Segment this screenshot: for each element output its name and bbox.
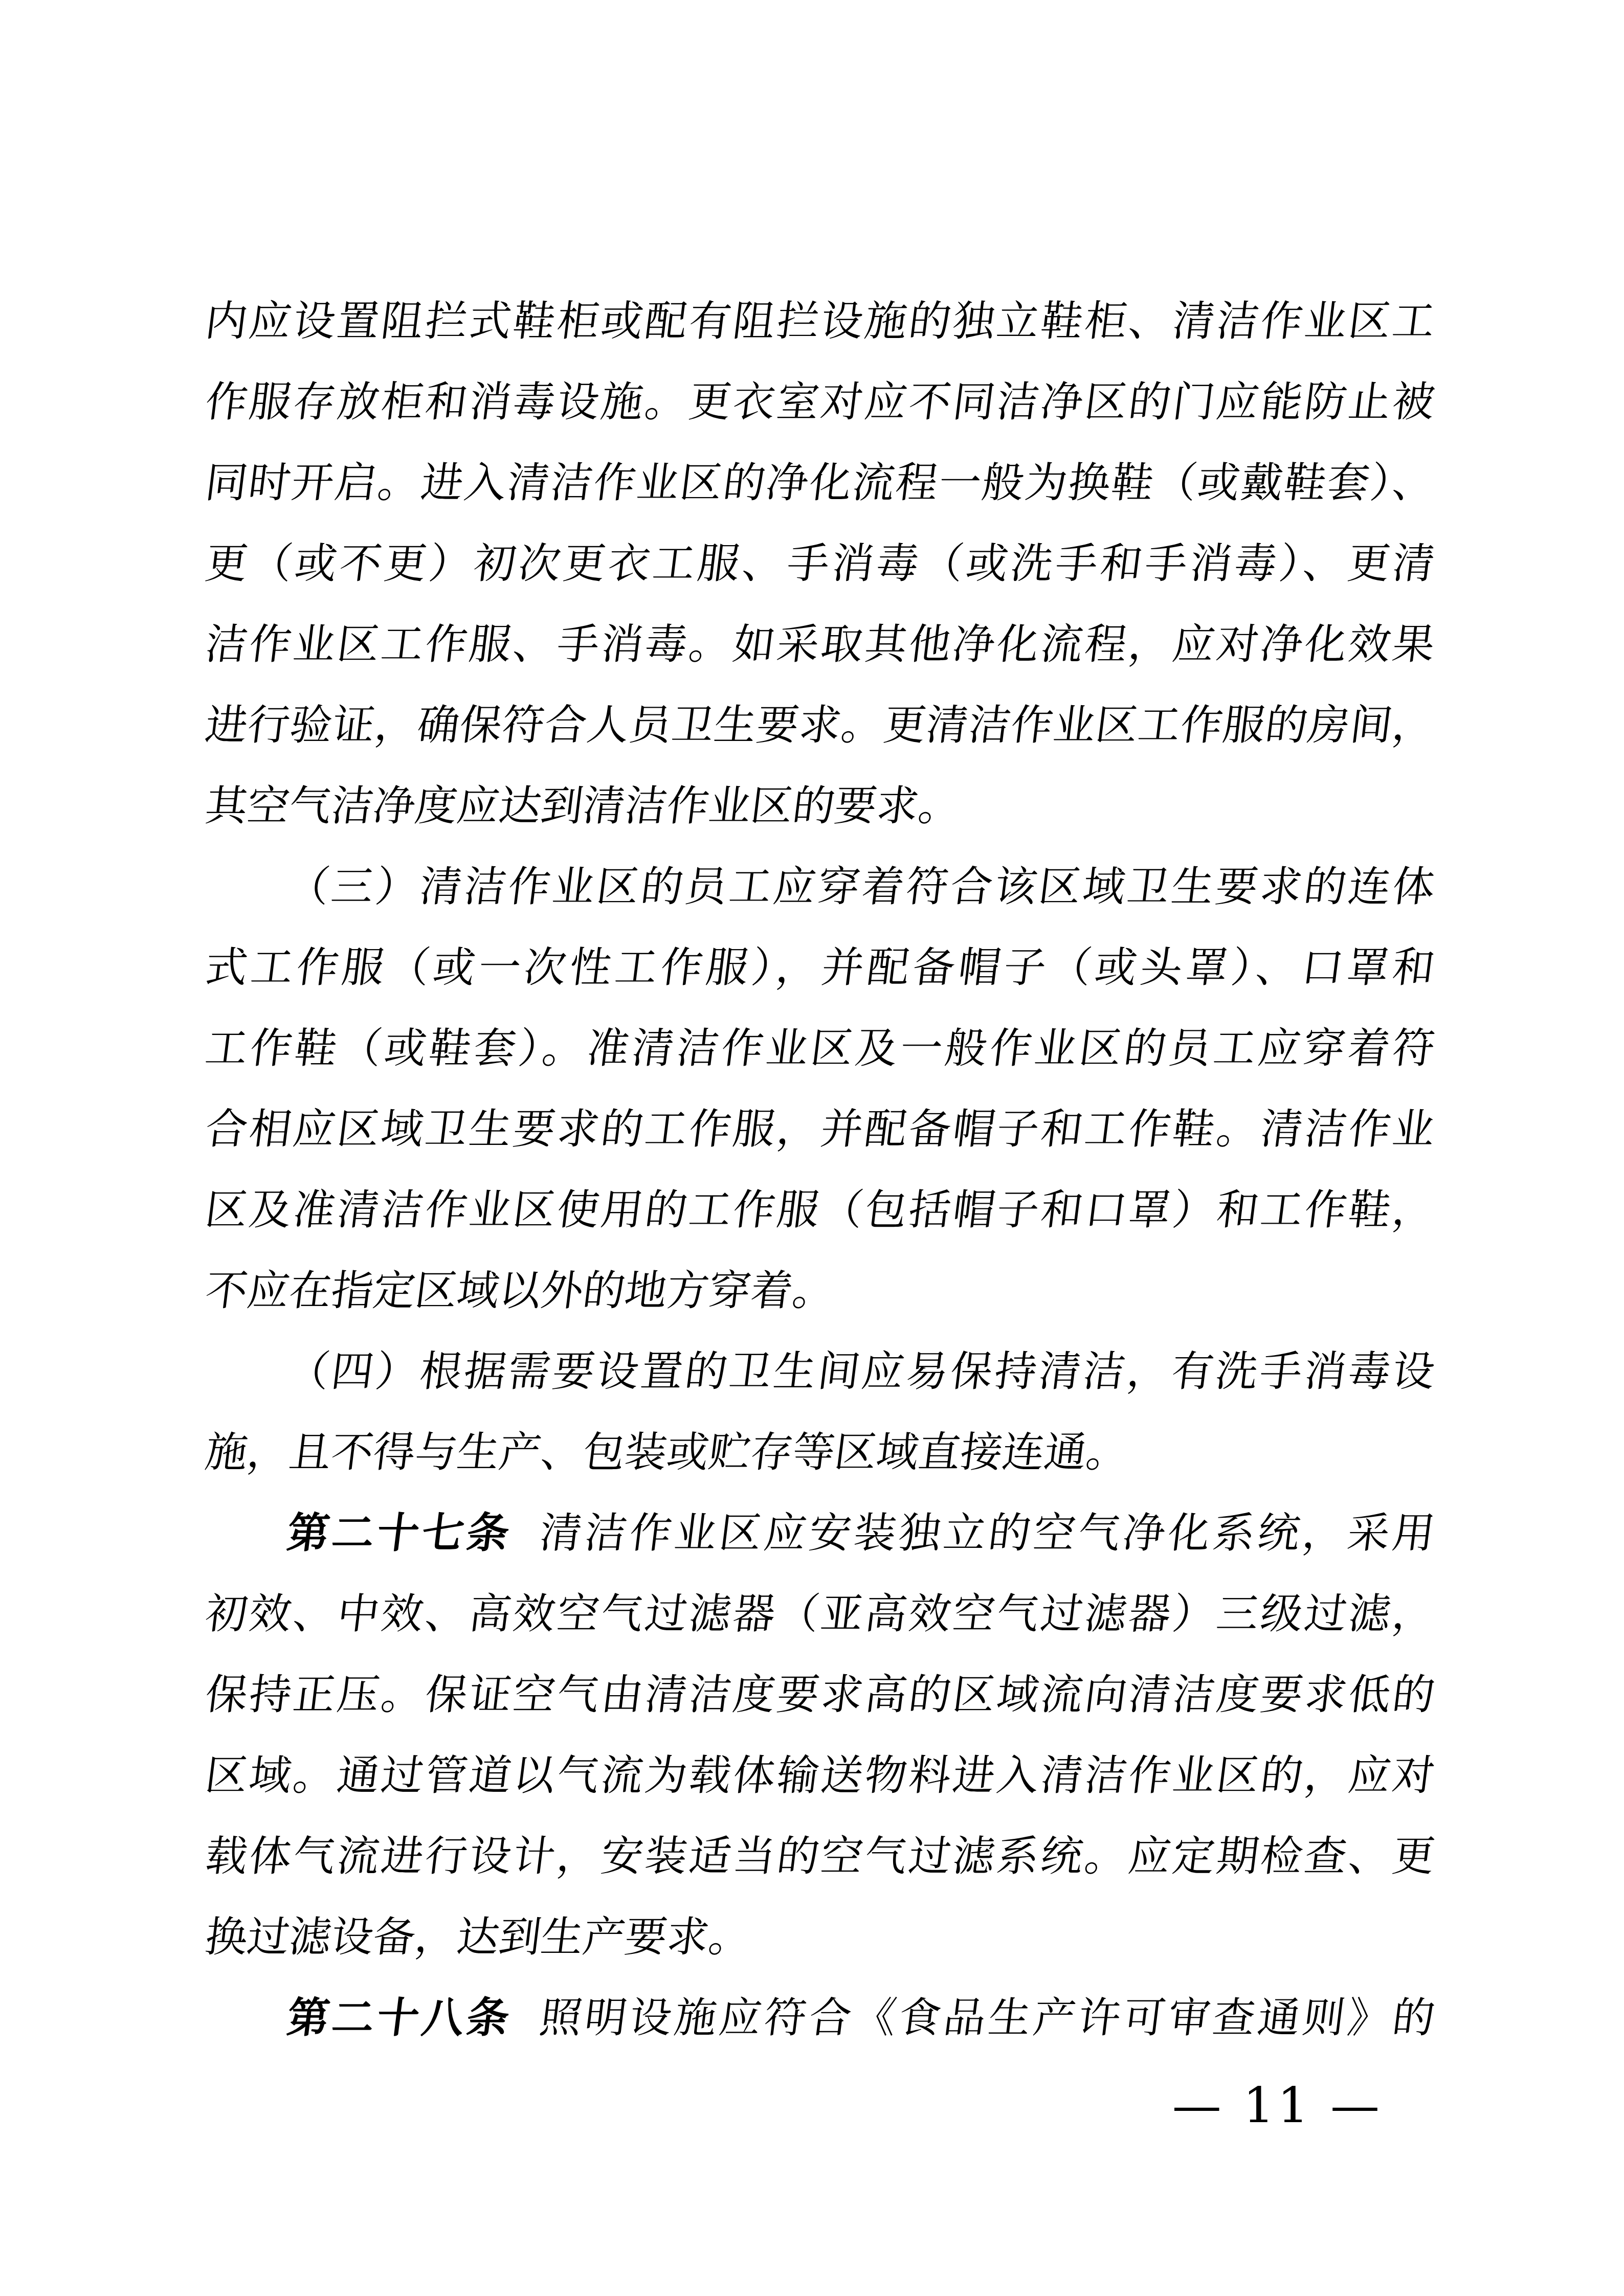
- text-line: 其空气洁净度应达到清洁作业区的要求。: [201, 766, 1439, 847]
- text-line: 区域。通过管道以气流为载体输送物料进入清洁作业区的，应对: [201, 1736, 1439, 1816]
- text-line: 更（或不更）初次更衣工服、手消毒（或洗手和手消毒）、更清: [201, 524, 1439, 604]
- document-body: 内应设置阻拦式鞋柜或配有阻拦设施的独立鞋柜、清洁作业区工作服存放柜和消毒设施。更…: [201, 281, 1430, 2059]
- text-line: 换过滤设备，达到生产要求。: [201, 1897, 1439, 1978]
- text-line: 初效、中效、高效空气过滤器（亚高效空气过滤器）三级过滤，: [201, 1574, 1439, 1655]
- text-line: 载体气流进行设计，安装适当的空气过滤系统。应定期检查、更: [201, 1816, 1439, 1897]
- text-line: （四）根据需要设置的卫生间应易保持清洁，有洗手消毒设: [201, 1332, 1439, 1412]
- text-line: 内应设置阻拦式鞋柜或配有阻拦设施的独立鞋柜、清洁作业区工: [201, 281, 1439, 362]
- text-line: （三）清洁作业区的员工应穿着符合该区域卫生要求的连体: [201, 847, 1439, 928]
- text-line: 第二十七条清洁作业区应安装独立的空气净化系统，采用: [201, 1493, 1439, 1574]
- text-line: 第二十八条照明设施应符合《食品生产许可审查通则》的: [201, 1978, 1439, 2059]
- text-line: 不应在指定区域以外的地方穿着。: [201, 1251, 1439, 1332]
- text-line: 施，且不得与生产、包装或贮存等区域直接连通。: [201, 1412, 1439, 1493]
- text-line: 式工作服（或一次性工作服），并配备帽子（或头罩）、口罩和: [201, 928, 1439, 1008]
- article-number: 第二十七条: [284, 1509, 515, 1558]
- page-number: — 11 —: [1172, 2077, 1383, 2133]
- article-number: 第二十八条: [284, 1994, 515, 2042]
- text-line: 合相应区域卫生要求的工作服，并配备帽子和工作鞋。清洁作业: [201, 1089, 1439, 1170]
- text-line: 保持正压。保证空气由清洁度要求高的区域流向清洁度要求低的: [201, 1655, 1439, 1736]
- text-line: 工作鞋（或鞋套）。准清洁作业区及一般作业区的员工应穿着符: [201, 1008, 1439, 1089]
- text-line: 同时开启。进入清洁作业区的净化流程一般为换鞋（或戴鞋套）、: [201, 443, 1439, 524]
- text-line: 区及准清洁作业区使用的工作服（包括帽子和口罩）和工作鞋，: [201, 1170, 1439, 1251]
- text-line: 洁作业区工作服、手消毒。如采取其他净化流程，应对净化效果: [201, 604, 1439, 685]
- document-page: 内应设置阻拦式鞋柜或配有阻拦设施的独立鞋柜、清洁作业区工作服存放柜和消毒设施。更…: [0, 0, 1624, 2296]
- text-line: 进行验证，确保符合人员卫生要求。更清洁作业区工作服的房间，: [201, 685, 1439, 766]
- text-line: 作服存放柜和消毒设施。更衣室对应不同洁净区的门应能防止被: [201, 362, 1439, 443]
